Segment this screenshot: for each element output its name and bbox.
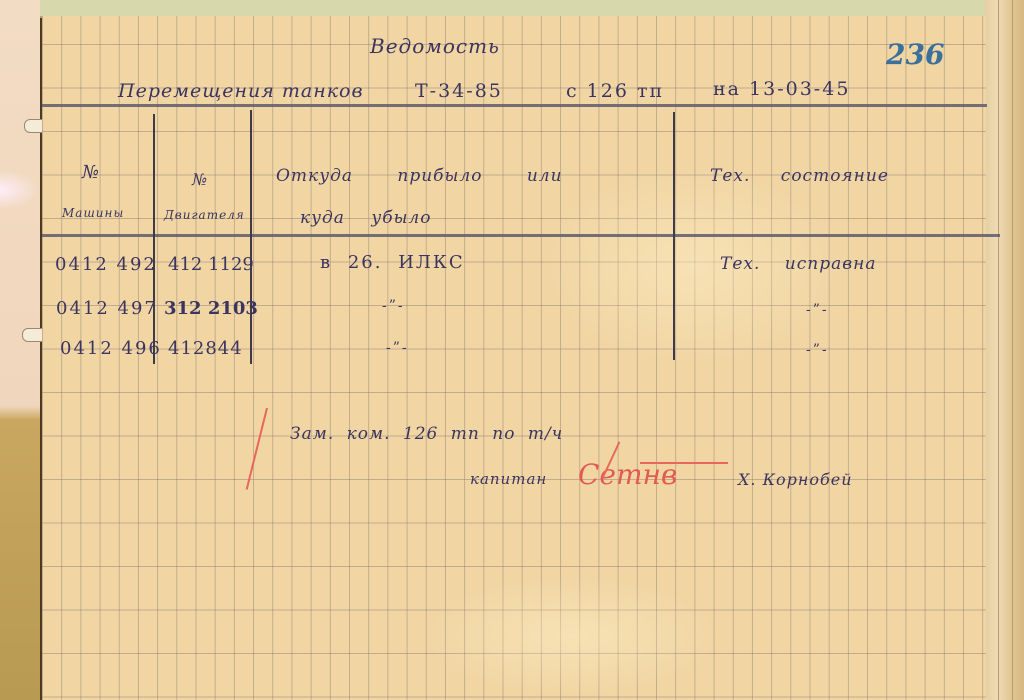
row3-condition: -”- (806, 342, 829, 358)
column-divider-2 (250, 110, 252, 364)
subtitle-date: на 13-03-45 (713, 78, 850, 100)
signature-rank: капитан (470, 470, 547, 488)
column-divider-1 (153, 114, 155, 364)
col-machine-no: № (82, 162, 100, 183)
subtitle-unit: с 126 тп (566, 80, 664, 102)
binder-cover (0, 0, 42, 700)
signature-title: Зам. ком. 126 тп по т/ч (290, 424, 563, 444)
signature-underline (640, 462, 728, 464)
row2-engine: 312 2103 (164, 298, 258, 319)
row3-machine: 0412 496 (60, 338, 162, 359)
col-engine-no: № (192, 170, 208, 189)
light-glare (0, 170, 40, 210)
col-destination-line2: куда убыло (300, 208, 431, 228)
column-divider-3 (673, 112, 675, 360)
page-number: 236 (886, 38, 944, 71)
col-condition: Тех. состояние (710, 166, 889, 186)
row2-destination: -”- (382, 298, 405, 314)
signature-name: Х. Корнобей (738, 470, 853, 489)
table-top-rule (42, 104, 987, 107)
row2-condition: -”- (806, 302, 829, 318)
col-destination-line1: Откуда прибыло или (276, 166, 563, 186)
row1-machine: 0412 492 (55, 254, 157, 275)
row1-destination: в 26. ИЛКС (320, 252, 465, 273)
document-title: Ведомость (370, 34, 500, 58)
row2-machine: 0412 497 (56, 298, 158, 319)
subtitle-text: Перемещения танков (118, 80, 364, 102)
row1-condition: Тех. исправна (720, 254, 876, 274)
row3-destination: -”- (386, 340, 409, 356)
table-header-rule (42, 234, 1000, 237)
row1-engine: 412 1129 (168, 254, 254, 275)
col-engine-label: Двигателя (164, 208, 245, 222)
subtitle-model: Т-34-85 (415, 80, 503, 102)
row3-engine: 412844 (168, 338, 243, 359)
col-machine-label: Машины (62, 206, 124, 220)
